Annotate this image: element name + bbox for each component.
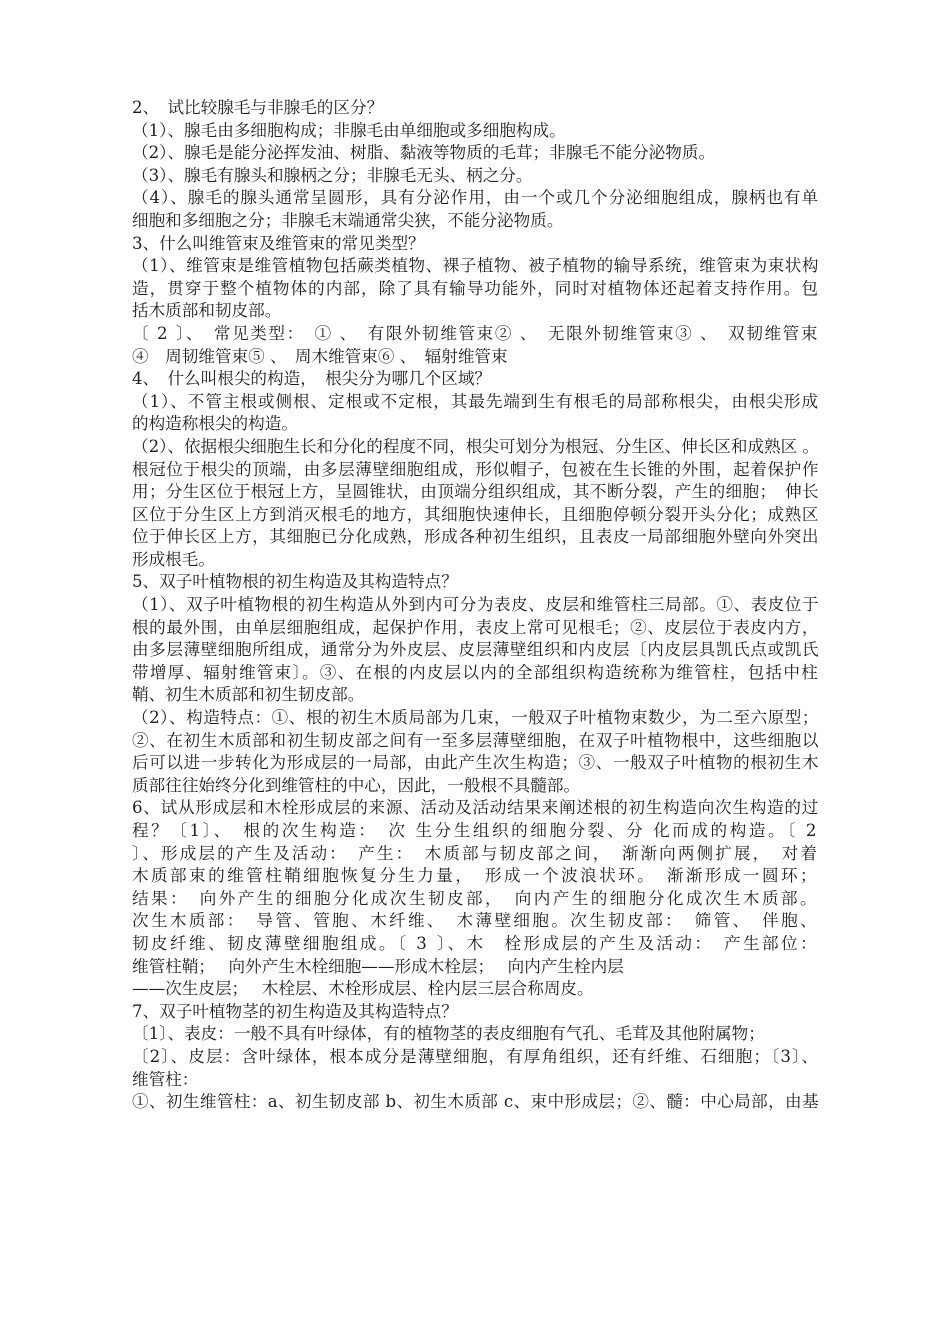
qa-section-3: 3、什么叫维管束及维管束的常见类型？（1）、维管束是维管植物包括蕨类植物、裸子植… xyxy=(132,233,819,369)
text-line-content: （2）、腺毛是能分泌挥发油、树脂、黏液等物质的毛茸；非腺毛不能分泌物质。 xyxy=(132,142,715,165)
text-line: 〕、形成层的产生及活动： 产生： 木质部与韧皮部之间， 渐渐向两侧扩展， 对着 xyxy=(132,843,819,866)
text-line-content: （2）、依据根尖细胞生长和分化的程度不同，根尖可划分为根冠、分生区、伸长区和成熟… xyxy=(132,436,819,459)
text-line: （4）、腺毛的腺头通常呈圆形，具有分泌作用，由一个或几个分泌细胞组成，腺柄也有单 xyxy=(132,187,819,210)
qa-section-4: 4、 什么叫根尖的构造， 根尖分为哪几个区域？（1）、不管主根或侧根、定根或不定… xyxy=(132,368,819,571)
text-line: 5、双子叶植物根的初生构造及其构造特点？ xyxy=(132,571,819,594)
text-line: 细胞和多细胞之分；非腺毛末端通常尖狭，不能分泌物质。 xyxy=(132,210,819,233)
text-line-content: 韧皮纤维、韧皮薄壁细胞组成。〔 3 〕、木 栓形成层的产生及活动： 产生部位： xyxy=(132,933,819,956)
text-line-content: 5、双子叶植物根的初生构造及其构造特点？ xyxy=(132,571,458,594)
text-line: 维管柱： xyxy=(132,1069,819,1092)
text-line-content: （4）、腺毛的腺头通常呈圆形，具有分泌作用，由一个或几个分泌细胞组成，腺柄也有单 xyxy=(132,187,819,210)
text-line-content: 形成根毛。 xyxy=(132,549,215,572)
text-line: 造，贯穿于整个植物体的内部，除了具有输导功能外，同时对植物体还起着支持作用。包 xyxy=(132,278,819,301)
text-line-content: （1）、维管束是维管植物包括蕨类植物、裸子植物、被子植物的输导系统，维管束为束状… xyxy=(132,255,819,278)
text-line-content: 程？〔1〕、 根的次生构造： 次 生分生组织的细胞分裂、分 化而成的构造。〔 2 xyxy=(132,820,819,843)
document-page: 2、 试比较腺毛与非腺毛的区分？（1）、腺毛由多细胞构成；非腺毛由单细胞或多细胞… xyxy=(0,0,950,1344)
text-line: 2、 试比较腺毛与非腺毛的区分？ xyxy=(132,97,819,120)
text-line: 带增厚、辐射维管束〕。③、在根的内皮层以内的全部组织构造统称为维管柱，包括中柱 xyxy=(132,662,819,685)
text-line: （3）、腺毛有腺头和腺柄之分；非腺毛无头、柄之分。 xyxy=(132,165,819,188)
text-line: 〔2〕、皮层：含叶绿体，根本成分是薄壁细胞，有厚角组织，还有纤维、石细胞；〔3〕… xyxy=(132,1046,819,1069)
text-line-content: 〕、形成层的产生及活动： 产生： 木质部与韧皮部之间， 渐渐向两侧扩展， 对着 xyxy=(132,843,819,866)
text-line: （1）、维管束是维管植物包括蕨类植物、裸子植物、被子植物的输导系统，维管束为束状… xyxy=(132,255,819,278)
text-line-content: 木质部束的维管柱鞘细胞恢复分生力量， 形成一个波浪状环。 渐渐形成一圆环； xyxy=(132,865,819,888)
text-line: 6、试从形成层和木栓形成层的来源、活动及活动结果来阐述根的初生构造向次生构造的过 xyxy=(132,797,819,820)
text-line-content: ——次生皮层； 木栓层、木栓形成层、栓内层三层合称周皮。 xyxy=(132,978,594,1001)
text-line: 位于伸长区上方，其细胞已分化成熟，形成各种初生组织，且表皮一局部细胞外壁向外突出 xyxy=(132,526,819,549)
text-line-content: 〔1〕、表皮：一般不具有叶绿体，有的植物茎的表皮细胞有气孔、毛茸及其他附属物； xyxy=(132,1023,765,1046)
text-line-content: 造，贯穿于整个植物体的内部，除了具有输导功能外，同时对植物体还起着支持作用。包 xyxy=(132,278,819,301)
qa-section-2: 2、 试比较腺毛与非腺毛的区分？（1）、腺毛由多细胞构成；非腺毛由单细胞或多细胞… xyxy=(132,97,819,233)
text-line-content: 维管柱： xyxy=(132,1069,198,1092)
text-line: 次生木质部： 导管、管胞、木纤维、 木薄壁细胞。次生韧皮部： 筛管、 伴胞、 xyxy=(132,910,819,933)
text-line-content: 6、试从形成层和木栓形成层的来源、活动及活动结果来阐述根的初生构造向次生构造的过 xyxy=(132,797,819,820)
text-line-content: 带增厚、辐射维管束〕。③、在根的内皮层以内的全部组织构造统称为维管柱，包括中柱 xyxy=(132,662,819,685)
text-line: ②、在初生木质部和初生韧皮部之间有一至多层薄壁细胞，在双子叶植物根中，这些细胞以 xyxy=(132,730,819,753)
text-line: （2）、依据根尖细胞生长和分化的程度不同，根尖可划分为根冠、分生区、伸长区和成熟… xyxy=(132,436,819,459)
text-line-content: （1）、腺毛由多细胞构成；非腺毛由单细胞或多细胞构成。 xyxy=(132,120,566,143)
text-line: （1）、双子叶植物根的初生构造从外到内可分为表皮、皮层和维管柱三局部。①、表皮位… xyxy=(132,594,819,617)
text-line-content: 〔 2 〕、 常见类型： ① 、 有限外韧维管束② 、 无限外韧维管束③ 、 双… xyxy=(132,323,819,346)
text-line: 维管柱鞘； 向外产生木栓细胞——形成木栓层； 向内产生栓内层 xyxy=(132,956,819,979)
text-line-content: 根的最外围，由单层细胞组成，起保护作用，表皮上常可见根毛；②、皮层位于表皮内方， xyxy=(132,617,819,640)
text-line: ①、初生维管柱：a、初生韧皮部 b、初生木质部 c、束中形成层；②、髓：中心局部… xyxy=(132,1091,819,1114)
text-line-content: （1）、不管主根或侧根、定根或不定根，其最先端到生有根毛的局部称根尖，由根尖形成 xyxy=(132,391,819,414)
text-line-content: （3）、腺毛有腺头和腺柄之分；非腺毛无头、柄之分。 xyxy=(132,165,533,188)
text-line-content: 由多层薄壁细胞所组成，通常分为外皮层、皮层薄壁组织和内皮层〔内皮层具凯氏点或凯氏 xyxy=(132,639,819,662)
text-line: 括木质部和韧皮部。 xyxy=(132,300,819,323)
text-line-content: 7、双子叶植物茎的初生构造及其构造特点？ xyxy=(132,1001,458,1024)
text-line-content: 位于伸长区上方，其细胞已分化成熟，形成各种初生组织，且表皮一局部细胞外壁向外突出 xyxy=(132,526,819,549)
text-line: （1）、不管主根或侧根、定根或不定根，其最先端到生有根毛的局部称根尖，由根尖形成 xyxy=(132,391,819,414)
text-line: 7、双子叶植物茎的初生构造及其构造特点？ xyxy=(132,1001,819,1024)
text-line-content: ②、在初生木质部和初生韧皮部之间有一至多层薄壁细胞，在双子叶植物根中，这些细胞以 xyxy=(132,730,819,753)
qa-section-7: 7、双子叶植物茎的初生构造及其构造特点？〔1〕、表皮：一般不具有叶绿体，有的植物… xyxy=(132,1001,819,1114)
text-line-content: 3、什么叫维管束及维管束的常见类型？ xyxy=(132,233,425,256)
text-line: 4、 什么叫根尖的构造， 根尖分为哪几个区域？ xyxy=(132,368,819,391)
qa-section-5: 5、双子叶植物根的初生构造及其构造特点？（1）、双子叶植物根的初生构造从外到内可… xyxy=(132,571,819,797)
text-line: ④ 周韧维管束⑤ 、 周木维管束⑥ 、 辐射维管束 xyxy=(132,346,819,369)
text-line-content: 〔2〕、皮层：含叶绿体，根本成分是薄壁细胞，有厚角组织，还有纤维、石细胞；〔3〕… xyxy=(132,1046,819,1069)
text-line: 结果： 向外产生的细胞分化成次生韧皮部， 向内产生的细胞分化成次生木质部。 xyxy=(132,888,819,911)
text-line-content: 次生木质部： 导管、管胞、木纤维、 木薄壁细胞。次生韧皮部： 筛管、 伴胞、 xyxy=(132,910,819,933)
text-line-content: 质部往往始终分化到维管柱的中心，因此，一般根不具髓部。 xyxy=(132,775,580,798)
text-line: 程？〔1〕、 根的次生构造： 次 生分生组织的细胞分裂、分 化而成的构造。〔 2 xyxy=(132,820,819,843)
text-line: 由多层薄壁细胞所组成，通常分为外皮层、皮层薄壁组织和内皮层〔内皮层具凯氏点或凯氏 xyxy=(132,639,819,662)
text-line: 木质部束的维管柱鞘细胞恢复分生力量， 形成一个波浪状环。 渐渐形成一圆环； xyxy=(132,865,819,888)
text-line: 区位于分生区上方到消灭根毛的地方，其细胞快速伸长，且细胞停顿分裂开头分化；成熟区 xyxy=(132,504,819,527)
text-line: 的构造称根尖的构造。 xyxy=(132,413,819,436)
qa-section-6: 6、试从形成层和木栓形成层的来源、活动及活动结果来阐述根的初生构造向次生构造的过… xyxy=(132,797,819,1000)
text-line: （1）、腺毛由多细胞构成；非腺毛由单细胞或多细胞构成。 xyxy=(132,120,819,143)
text-line: 韧皮纤维、韧皮薄壁细胞组成。〔 3 〕、木 栓形成层的产生及活动： 产生部位： xyxy=(132,933,819,956)
text-line: 形成根毛。 xyxy=(132,549,819,572)
text-line: （2）、腺毛是能分泌挥发油、树脂、黏液等物质的毛茸；非腺毛不能分泌物质。 xyxy=(132,142,819,165)
text-line: 根冠位于根尖的顶端，由多层薄壁细胞组成，形似帽子，包被在生长锥的外围，起着保护作 xyxy=(132,459,819,482)
text-line-content: 维管柱鞘； 向外产生木栓细胞——形成木栓层； 向内产生栓内层 xyxy=(132,956,624,979)
text-line-content: 4、 什么叫根尖的构造， 根尖分为哪几个区域？ xyxy=(132,368,491,391)
text-line-content: ④ 周韧维管束⑤ 、 周木维管束⑥ 、 辐射维管束 xyxy=(132,346,508,369)
text-line-content: 后可以进一步转化为形成层的一局部，由此产生次生构造；③、一般双子叶植物的根初生木 xyxy=(132,752,819,775)
text-line: 〔 2 〕、 常见类型： ① 、 有限外韧维管束② 、 无限外韧维管束③ 、 双… xyxy=(132,323,819,346)
text-line: 后可以进一步转化为形成层的一局部，由此产生次生构造；③、一般双子叶植物的根初生木 xyxy=(132,752,819,775)
text-line-content: 鞘、初生木质部和初生韧皮部。 xyxy=(132,684,364,707)
text-line: 3、什么叫维管束及维管束的常见类型？ xyxy=(132,233,819,256)
text-line: 根的最外围，由单层细胞组成，起保护作用，表皮上常可见根毛；②、皮层位于表皮内方， xyxy=(132,617,819,640)
text-line-content: 区位于分生区上方到消灭根毛的地方，其细胞快速伸长，且细胞停顿分裂开头分化；成熟区 xyxy=(132,504,819,527)
text-line: 用；分生区位于根冠上方，呈圆锥状，由顶端分组织组成，其不断分裂，产生的细胞； 伸… xyxy=(132,481,819,504)
text-line-content: 用；分生区位于根冠上方，呈圆锥状，由顶端分组织组成，其不断分裂，产生的细胞； 伸… xyxy=(132,481,819,504)
text-line-content: ①、初生维管柱：a、初生韧皮部 b、初生木质部 c、束中形成层；②、髓：中心局部… xyxy=(132,1091,819,1114)
text-line-content: 结果： 向外产生的细胞分化成次生韧皮部， 向内产生的细胞分化成次生木质部。 xyxy=(132,888,819,911)
text-line-content: 细胞和多细胞之分；非腺毛末端通常尖狭，不能分泌物质。 xyxy=(132,210,563,233)
text-line: 鞘、初生木质部和初生韧皮部。 xyxy=(132,684,819,707)
text-line: 质部往往始终分化到维管柱的中心，因此，一般根不具髓部。 xyxy=(132,775,819,798)
text-line-content: （2）、构造特点：①、根的初生木质局部为几束，一般双子叶植物束数少，为二至六原型… xyxy=(132,707,819,730)
text-line-content: （1）、双子叶植物根的初生构造从外到内可分为表皮、皮层和维管柱三局部。①、表皮位… xyxy=(132,594,819,617)
text-line-content: 根冠位于根尖的顶端，由多层薄壁细胞组成，形似帽子，包被在生长锥的外围，起着保护作 xyxy=(132,459,819,482)
text-line: ——次生皮层； 木栓层、木栓形成层、栓内层三层合称周皮。 xyxy=(132,978,819,1001)
document-text-block: 2、 试比较腺毛与非腺毛的区分？（1）、腺毛由多细胞构成；非腺毛由单细胞或多细胞… xyxy=(132,97,819,1114)
text-line-content: 括木质部和韧皮部。 xyxy=(132,300,281,323)
text-line-content: 2、 试比较腺毛与非腺毛的区分？ xyxy=(132,97,383,120)
text-line: （2）、构造特点：①、根的初生木质局部为几束，一般双子叶植物束数少，为二至六原型… xyxy=(132,707,819,730)
text-line-content: 的构造称根尖的构造。 xyxy=(132,413,298,436)
text-line: 〔1〕、表皮：一般不具有叶绿体，有的植物茎的表皮细胞有气孔、毛茸及其他附属物； xyxy=(132,1023,819,1046)
